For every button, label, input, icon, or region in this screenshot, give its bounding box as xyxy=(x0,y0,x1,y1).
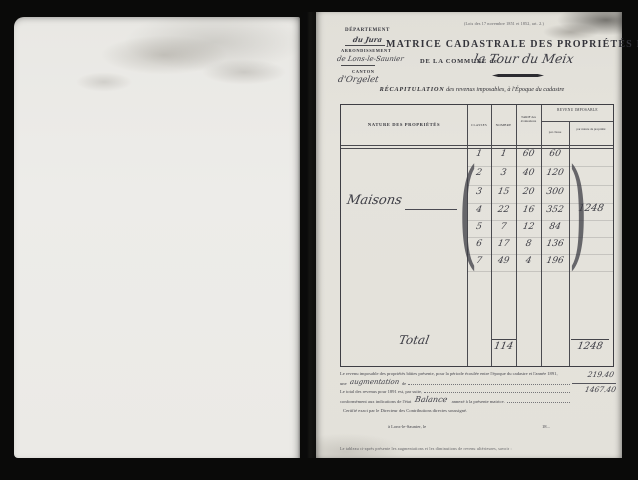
cell-tarif: 4 xyxy=(515,256,542,266)
cell-nombre: 49 xyxy=(490,256,517,266)
p2-line2-post: annexé à la présente matrice. xyxy=(452,399,505,404)
p1-value-handwritten: 219.40 xyxy=(573,370,615,379)
sum-line xyxy=(572,383,616,384)
bottom-note: Le tableau ci-après présente les augment… xyxy=(340,446,604,451)
commune-handwritten-name: la Tour du Meix xyxy=(473,51,575,66)
cell-revenu: 84 xyxy=(540,222,570,232)
cell-tarif: 16 xyxy=(515,205,542,215)
matrice-page: DÉPARTEMENT du Jura ARRONDISSEMENT de Lo… xyxy=(316,12,622,458)
divider-line xyxy=(345,45,385,46)
divider-line xyxy=(341,65,375,66)
law-reference-note: (Lois des 17 novembre 1851 et 1852, art.… xyxy=(464,21,544,26)
p1-handwritten-word: augmentation xyxy=(349,378,400,386)
footer-paragraph1-line1: Le revenu imposable des propriétés bâtie… xyxy=(340,371,612,376)
cell-classe: 3 xyxy=(466,187,492,197)
cell-classe: 2 xyxy=(466,168,492,178)
total-nombre-value: 114 xyxy=(490,341,517,352)
recap-table: NATURE DES PROPRIÉTÉS CLASSES NOMBRE REV… xyxy=(340,104,614,367)
cell-classe: 6 xyxy=(466,239,492,249)
p2-handwritten-word: Balance xyxy=(414,395,448,404)
col-header-nombre: NOMBRE xyxy=(492,123,515,127)
row-rule xyxy=(467,166,613,167)
row-rule xyxy=(467,185,613,186)
cell-nombre: 15 xyxy=(490,187,517,197)
department-value: du Jura xyxy=(352,35,383,44)
recap-title-line: RÉCAPITULATION des revenus imposables, à… xyxy=(336,86,608,93)
date-place-text: à Lons-le-Saunier, le xyxy=(388,424,426,429)
col-header-classes: CLASSES xyxy=(468,123,490,127)
cell-nombre: 7 xyxy=(490,222,517,232)
total-revenu-value: 1248 xyxy=(569,341,611,352)
row-rule xyxy=(467,254,613,255)
total-nombre-overline xyxy=(492,339,516,340)
cell-nombre: 17 xyxy=(490,239,517,249)
row-rule xyxy=(467,220,613,221)
dotted-leader xyxy=(507,398,570,403)
total-revenu-overline xyxy=(571,339,609,340)
certification-line: Certifié exact par le Directeur des Cont… xyxy=(343,408,467,413)
cell-revenu: 136 xyxy=(540,239,570,249)
col-header-nature: NATURE DES PROPRIÉTÉS xyxy=(341,122,467,127)
cell-classe: 1 xyxy=(466,149,492,159)
certify-text: Certifié exact par le Directeur des Cont… xyxy=(343,408,467,413)
cell-nombre: 3 xyxy=(490,168,517,178)
cell-tarif: 40 xyxy=(515,168,542,178)
recap-title-bold: RÉCAPITULATION xyxy=(380,86,445,93)
arrondissement-value: de Lons-le-Saunier xyxy=(336,55,404,63)
p1-line1-text: Le revenu imposable des propriétés bâtie… xyxy=(340,371,558,376)
dotted-leader xyxy=(408,380,570,385)
col-header-revenu-classe: par classe xyxy=(542,130,568,134)
revenu-group-underline xyxy=(541,121,613,122)
date-place-line: à Lons-le-Saunier, le xyxy=(388,424,426,429)
footer-paragraph2-line2: conformément aux indications de l'état B… xyxy=(340,396,572,405)
cell-classe: 7 xyxy=(466,256,492,266)
nature-underline xyxy=(405,209,457,210)
cell-tarif: 20 xyxy=(515,187,542,197)
cell-revenu: 352 xyxy=(540,205,570,215)
cell-tarif: 60 xyxy=(515,149,542,159)
arrondissement-label: ARRONDISSEMENT xyxy=(341,48,391,53)
p1-line2-post: de xyxy=(402,381,406,386)
p2-line2-pre: conformément aux indications de l'état xyxy=(340,399,411,404)
recap-title-rest: des revenus imposables, à l'Époque du ca… xyxy=(446,86,564,93)
total-label-handwritten: Total xyxy=(398,333,431,347)
cell-revenu: 120 xyxy=(540,168,570,178)
cell-revenu: 60 xyxy=(540,149,570,159)
nature-value-handwritten: Maisons xyxy=(346,193,403,208)
col-header-tarif: TARIF des évaluations xyxy=(517,115,540,124)
cell-classe: 5 xyxy=(466,222,492,232)
divider-ornament xyxy=(492,74,544,77)
row-rule xyxy=(467,237,613,238)
department-label: DÉPARTEMENT xyxy=(345,28,390,33)
p2-line1-text: Le total des revenus pour 1891 est, par … xyxy=(340,389,422,394)
row-rule xyxy=(467,271,613,272)
date-year: 18... xyxy=(542,424,550,429)
scanned-book-page: DÉPARTEMENT du Jura ARRONDISSEMENT de Lo… xyxy=(0,0,638,480)
p2-value-handwritten: 1467.40 xyxy=(569,385,617,394)
canton-label: CANTON xyxy=(352,69,375,74)
cell-nombre: 22 xyxy=(490,205,517,215)
cell-tarif: 12 xyxy=(515,222,542,232)
col-header-revenu-group: REVENU IMPOSABLE xyxy=(542,108,613,112)
cell-tarif: 8 xyxy=(515,239,542,249)
dotted-leader xyxy=(424,388,570,393)
date-year-text: 18... xyxy=(542,424,550,429)
page-title: MATRICE CADASTRALE DES PROPRIÉTÉS BATIES xyxy=(386,39,622,50)
footer-paragraph2-line1: Le total des revenus pour 1891 est, par … xyxy=(340,388,572,394)
p1-line2-pre: une xyxy=(340,381,347,386)
cell-revenu: 196 xyxy=(540,256,570,266)
cell-revenu: 300 xyxy=(540,187,570,197)
cell-nombre: 1 xyxy=(490,149,517,159)
col-header-revenu-nature: par nature de propriété xyxy=(571,127,611,131)
revenu-par-nature-value: 1248 xyxy=(570,203,612,214)
blank-facing-page xyxy=(14,17,300,458)
footer-paragraph1-line2: une augmentation de xyxy=(340,379,572,387)
canton-value: d'Orgelet xyxy=(337,75,379,85)
cell-classe: 4 xyxy=(466,205,492,215)
